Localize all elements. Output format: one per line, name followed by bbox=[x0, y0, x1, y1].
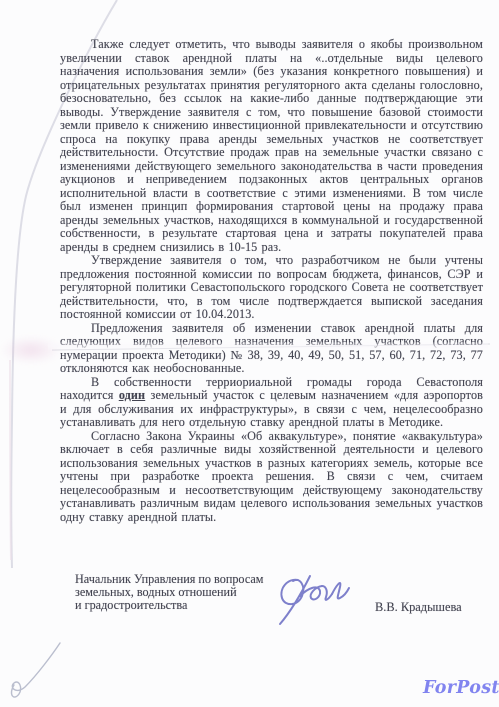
pen-scribble bbox=[11, 643, 60, 697]
paragraph-3: Предложения заявителя об изменении ставо… bbox=[60, 322, 483, 376]
signature-loop bbox=[281, 580, 303, 604]
pen-mark-icon bbox=[2, 633, 64, 705]
signatory-title: Начальник Управления по вопросам земельн… bbox=[75, 573, 264, 613]
signature-ink-icon bbox=[276, 574, 352, 626]
document-body: Также следует отметить, что выводы заяви… bbox=[60, 38, 483, 524]
paragraph-1: Также следует отметить, что выводы заяви… bbox=[60, 38, 483, 254]
signatory-title-line: и градостроительства bbox=[75, 599, 264, 612]
forpost-watermark: ForPost bbox=[423, 678, 499, 698]
paragraph-4-emphasis: один bbox=[119, 388, 145, 402]
paragraph-2: Утверждение заявителя о том, что разрабо… bbox=[60, 254, 483, 322]
scanned-document-page: Также следует отметить, что выводы заяви… bbox=[0, 0, 499, 707]
paragraph-4: В собственности терриориальной громады г… bbox=[60, 376, 483, 430]
pink-smudge bbox=[0, 336, 62, 364]
pink-edge-line bbox=[10, 360, 11, 560]
signature-descender bbox=[280, 576, 310, 624]
signature-tail-curl bbox=[332, 583, 349, 598]
signatory-name: В.В. Крадышева bbox=[375, 600, 462, 615]
paragraph-5: Согласно Закона Украины «Об аквакультуре… bbox=[60, 430, 483, 525]
signature-letter-u bbox=[322, 586, 332, 600]
